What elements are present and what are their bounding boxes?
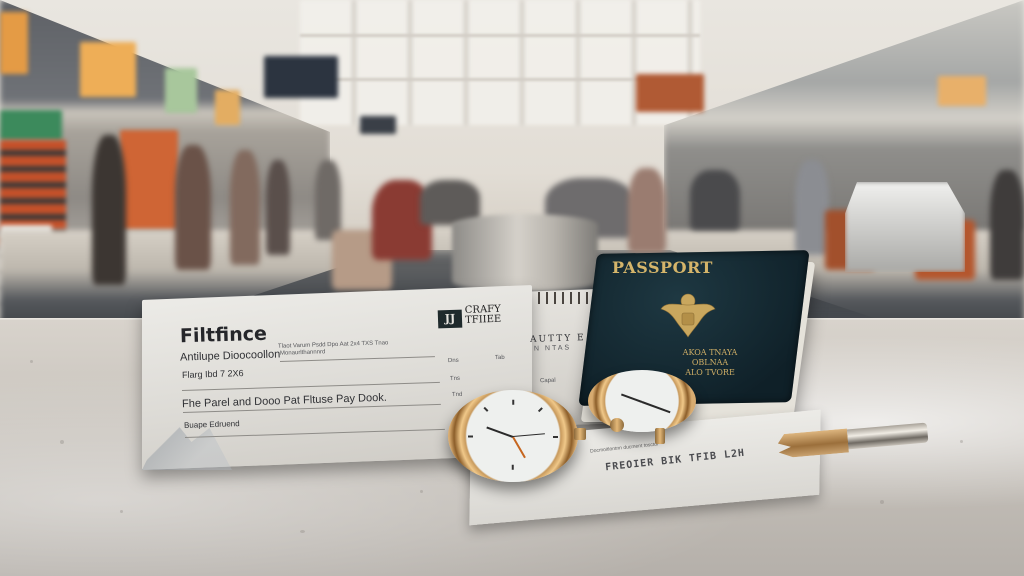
- ticket-title: Filtfince: [180, 323, 267, 347]
- orange-sign: [215, 90, 240, 125]
- ticket-line: Flarg Ibd 7 2X6: [182, 368, 244, 380]
- stub-field: Tab: [495, 355, 505, 361]
- watch-lug: [655, 428, 665, 444]
- traveler-silhouette: [795, 160, 829, 255]
- marble-speck: [880, 500, 884, 504]
- airport-scene: Filtfince Tlaot Varum Psdd Dpo Aat 2x4 T…: [0, 0, 1024, 576]
- stub-field: Tns: [450, 376, 460, 382]
- watch-face: [603, 379, 681, 424]
- pocket-watch-crown: [574, 428, 586, 440]
- minute-hand: [513, 433, 545, 437]
- hour-marker: [538, 407, 543, 412]
- watch-crown: [610, 418, 624, 432]
- green-sign: [165, 68, 197, 113]
- stub-field: Capal: [540, 378, 556, 384]
- stub-field: Tnd: [452, 392, 463, 398]
- stub-subheader: N NTAS: [534, 344, 571, 352]
- passport-subtitle-line: ALO TVORE: [670, 368, 750, 378]
- stub-header: AUTTY E: [530, 333, 586, 345]
- key-shaft: [837, 423, 928, 451]
- notepad-spiral: [522, 292, 592, 304]
- passport-subtitle-line: OBLNAA: [670, 358, 750, 368]
- info-display: [360, 116, 396, 134]
- hour-marker: [553, 436, 558, 438]
- hour-marker: [483, 407, 488, 412]
- shop-sign-green: [0, 110, 62, 140]
- check-in-kiosk: [845, 182, 965, 272]
- crowd: [690, 170, 740, 230]
- hour-marker: [512, 400, 514, 405]
- passport-subtitle: AKOA TNAYA OBLNAA ALO TVORE: [670, 348, 750, 378]
- marble-speck: [420, 490, 423, 493]
- information-pillar: [452, 214, 598, 292]
- advertising-screen: [636, 74, 704, 112]
- departure-board: [264, 56, 338, 98]
- marble-speck: [300, 530, 305, 533]
- pocket-watch: [448, 390, 578, 482]
- eagle-seal-icon: [660, 291, 716, 339]
- passport-subtitle-line: AKOA TNAYA: [670, 348, 750, 358]
- shop-display: [120, 130, 178, 230]
- traveler-silhouette: [92, 135, 126, 285]
- hour-hand: [486, 426, 513, 437]
- traveler-silhouette: [230, 150, 260, 265]
- marble-speck: [960, 440, 963, 443]
- airline-logo: JJ: [438, 310, 463, 329]
- traveler-silhouette: [266, 160, 290, 255]
- hour-marker: [468, 436, 473, 438]
- airline-name: CRAFY TFIIEE: [465, 304, 521, 326]
- stub-field: Dns: [448, 358, 459, 364]
- key-bit: [777, 425, 849, 461]
- skylight-beam: [300, 34, 700, 37]
- marble-speck: [60, 440, 64, 444]
- orange-sign: [938, 76, 986, 106]
- hour-marker: [512, 465, 514, 470]
- marble-speck: [120, 510, 123, 513]
- watch-hand: [621, 394, 642, 403]
- watch-hand: [642, 401, 671, 413]
- watch-face: [466, 403, 560, 469]
- traveler-silhouette: [628, 168, 666, 253]
- passport-title: PASSPORT: [612, 258, 713, 277]
- orange-sign: [80, 42, 136, 97]
- traveler-silhouette: [315, 160, 341, 240]
- ticket-line: Buape Edruend: [184, 419, 240, 430]
- traveler-silhouette: [175, 145, 211, 270]
- orange-sign: [0, 12, 28, 74]
- gold-watch: [588, 370, 696, 432]
- second-hand: [512, 437, 526, 459]
- marble-speck: [30, 360, 33, 363]
- traveler-silhouette: [990, 170, 1024, 280]
